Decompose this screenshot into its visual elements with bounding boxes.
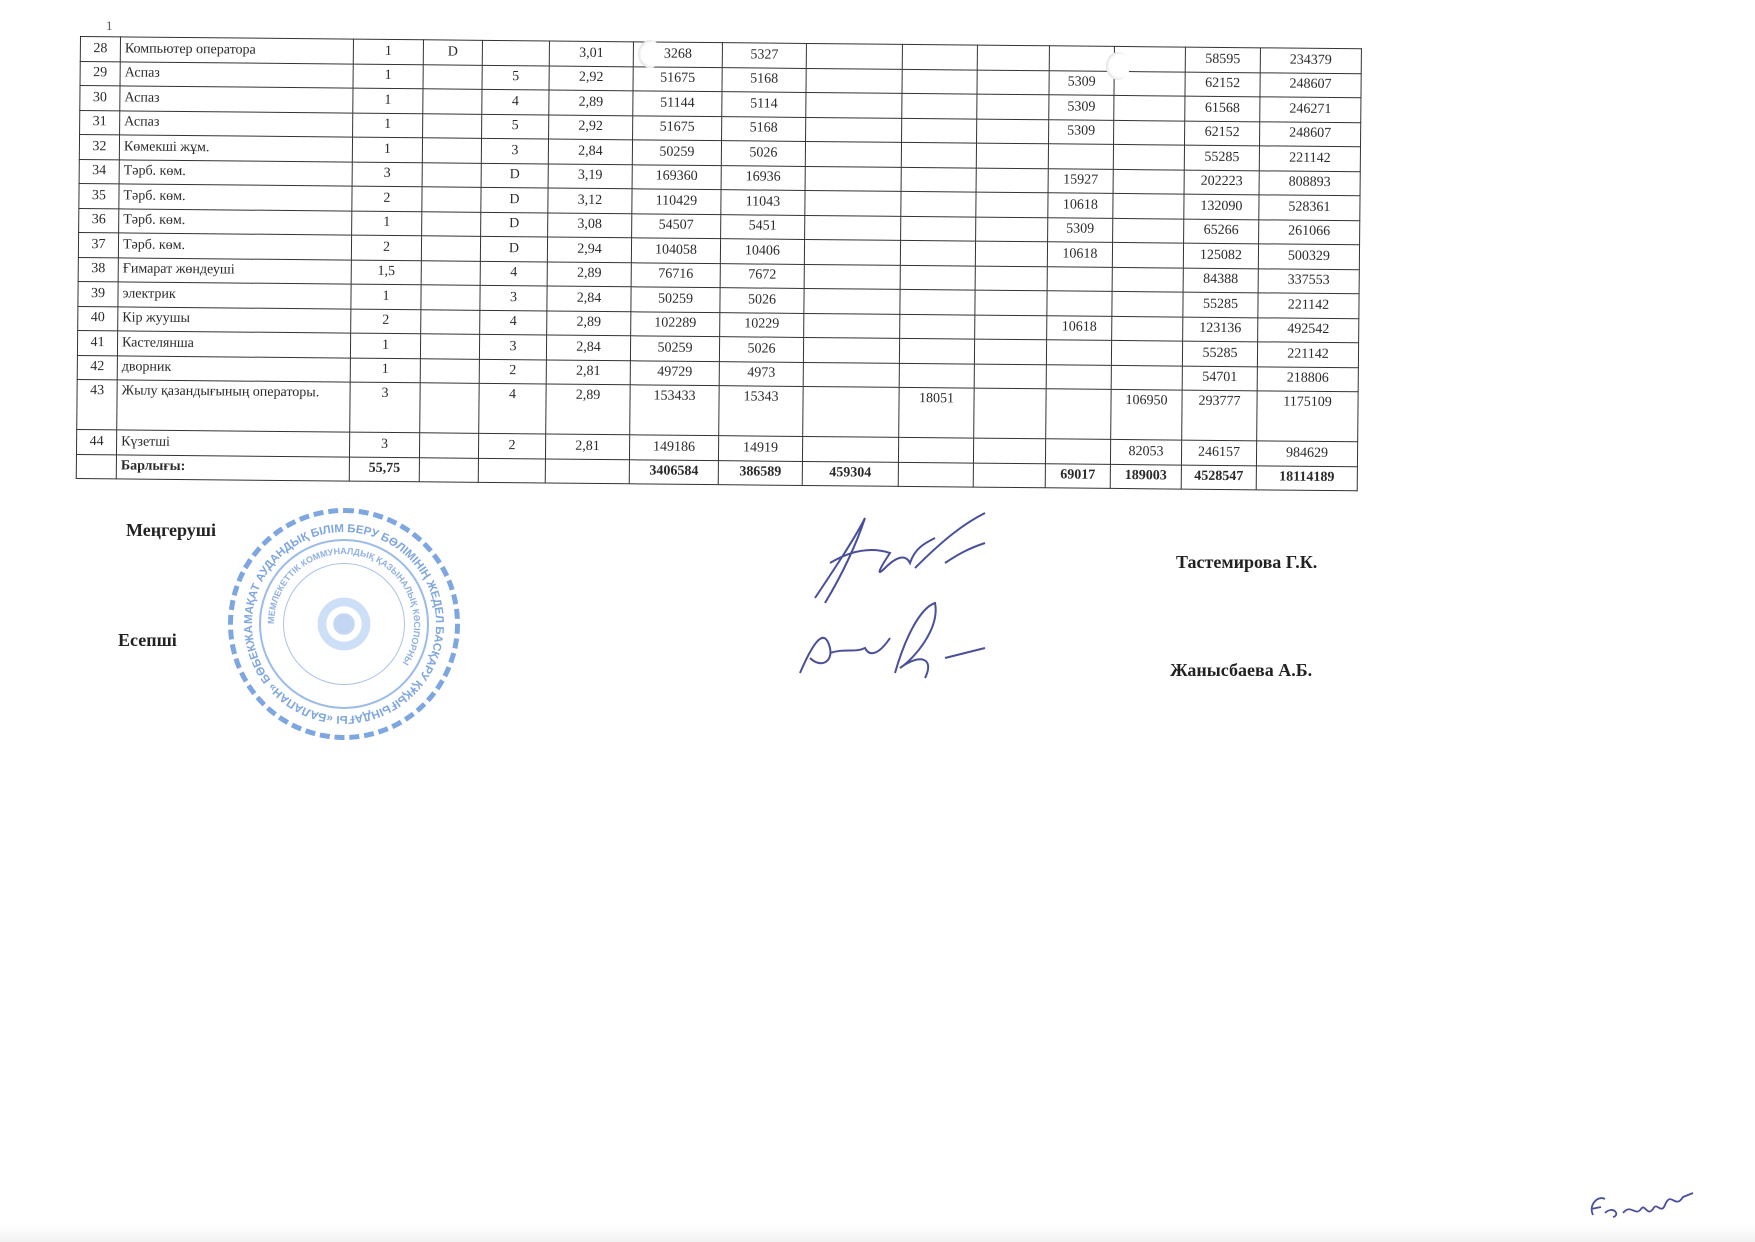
cell-d2: 15927 bbox=[1048, 168, 1113, 193]
cell-d2: 5309 bbox=[1049, 70, 1114, 95]
cell-coef: 2,84 bbox=[546, 335, 630, 360]
cell-e bbox=[1111, 365, 1182, 390]
cell-count: 1 bbox=[350, 358, 420, 383]
cell-g: 246271 bbox=[1260, 97, 1361, 122]
cell-pct: 4973 bbox=[719, 361, 803, 386]
cell-d2 bbox=[1049, 46, 1114, 71]
cell-salary: 110429 bbox=[632, 189, 721, 214]
cell-name: Аспаз bbox=[120, 110, 353, 137]
cell-d2: 5309 bbox=[1048, 217, 1113, 242]
cell-e bbox=[1112, 316, 1183, 341]
cell-d bbox=[422, 187, 481, 212]
cell-pct: 16936 bbox=[721, 165, 805, 190]
cell-f: 132090 bbox=[1184, 194, 1259, 219]
cell-e bbox=[1112, 267, 1183, 292]
cell-d bbox=[422, 211, 481, 236]
cell-no: 40 bbox=[78, 306, 118, 331]
cell-c bbox=[977, 45, 1049, 70]
cell-salary: 153433 bbox=[630, 385, 719, 436]
cell-b bbox=[898, 437, 973, 462]
cell-f: 246157 bbox=[1181, 440, 1256, 465]
cell-name: Кір жуушы bbox=[118, 306, 351, 333]
cell-c bbox=[976, 143, 1048, 168]
cell-d bbox=[423, 89, 482, 114]
cell-d2 bbox=[1048, 144, 1113, 169]
cell-cat bbox=[478, 458, 545, 483]
cell-d2 bbox=[1046, 340, 1111, 365]
cell-a bbox=[806, 68, 902, 93]
cell-c bbox=[973, 463, 1045, 488]
cell-salary: 51675 bbox=[633, 115, 722, 140]
svg-text:МЕМЛЕКЕТТІК КОММУНАЛДЫҚ ҚАЗЫНА: МЕМЛЕКЕТТІК КОММУНАЛДЫҚ ҚАЗЫНАЛЫҚ КӘСІПО… bbox=[266, 546, 422, 667]
cell-coef: 3,08 bbox=[548, 212, 632, 237]
cell-d bbox=[421, 309, 480, 334]
cell-d2: 69017 bbox=[1045, 463, 1110, 488]
cell-g: 337553 bbox=[1258, 268, 1359, 293]
cell-a bbox=[802, 436, 898, 461]
cell-count: 1 bbox=[352, 137, 422, 162]
punch-hole bbox=[638, 40, 662, 68]
cell-name: Компьютер оператора bbox=[120, 37, 353, 64]
cell-pct: 5026 bbox=[719, 337, 803, 362]
cell-pct: 5168 bbox=[722, 116, 806, 141]
cell-name: Күзетші bbox=[116, 430, 349, 457]
cell-f: 123136 bbox=[1183, 317, 1258, 342]
cell-pct: 5327 bbox=[722, 43, 806, 68]
cell-salary: 169360 bbox=[632, 164, 721, 189]
cell-c bbox=[976, 168, 1048, 193]
cell-d bbox=[421, 285, 480, 310]
cell-name: Тәрб. көм. bbox=[119, 208, 352, 235]
cell-c bbox=[977, 94, 1049, 119]
cell-a bbox=[806, 92, 902, 117]
cell-b bbox=[900, 314, 975, 339]
cell-d2: 5309 bbox=[1049, 119, 1114, 144]
cell-e: 82053 bbox=[1110, 439, 1181, 464]
cell-f: 54701 bbox=[1182, 366, 1257, 391]
cell-c bbox=[975, 290, 1047, 315]
cell-coef: 3,19 bbox=[548, 164, 632, 189]
cell-a bbox=[803, 386, 899, 437]
cell-f: 61568 bbox=[1185, 96, 1260, 121]
cell-b bbox=[898, 462, 973, 487]
punch-hole bbox=[1106, 52, 1130, 80]
cell-no: 41 bbox=[77, 330, 117, 355]
cell-g: 221142 bbox=[1257, 342, 1358, 367]
cell-count: 3 bbox=[352, 162, 422, 187]
cell-d bbox=[419, 433, 478, 458]
cell-name: Аспаз bbox=[120, 86, 353, 113]
cell-pct: 5114 bbox=[722, 92, 806, 117]
cell-d: D bbox=[423, 40, 482, 65]
cell-count: 1 bbox=[353, 88, 423, 113]
cell-name: Тәрб. көм. bbox=[119, 184, 352, 211]
cell-name: Тәрб. көм. bbox=[119, 159, 352, 186]
head-signature bbox=[795, 508, 1015, 608]
cell-no: 30 bbox=[80, 86, 120, 111]
cell-count: 1 bbox=[352, 211, 422, 236]
cell-no: 34 bbox=[79, 159, 119, 184]
cell-g: 221142 bbox=[1258, 293, 1359, 318]
cell-name: Көмекші жұм. bbox=[119, 135, 352, 162]
cell-cat bbox=[482, 40, 549, 65]
cell-e bbox=[1114, 120, 1185, 145]
cell-cat: 3 bbox=[479, 334, 546, 359]
cell-d bbox=[421, 236, 480, 261]
cell-no: 39 bbox=[78, 281, 118, 306]
cell-count: 1 bbox=[353, 64, 423, 89]
cell-g: 500329 bbox=[1258, 244, 1359, 269]
cell-d bbox=[423, 113, 482, 138]
cell-count: 3 bbox=[350, 382, 420, 433]
cell-e bbox=[1111, 340, 1182, 365]
cell-e bbox=[1114, 95, 1185, 120]
cell-count: 1,5 bbox=[351, 260, 421, 285]
cell-f: 55285 bbox=[1183, 292, 1258, 317]
cell-g: 234379 bbox=[1260, 48, 1361, 73]
cell-no bbox=[76, 454, 116, 479]
cell-d2 bbox=[1047, 266, 1112, 291]
cell-count: 1 bbox=[353, 39, 423, 64]
cell-pct: 5026 bbox=[720, 288, 804, 313]
cell-f: 55285 bbox=[1184, 145, 1259, 170]
cell-no: 43 bbox=[77, 379, 117, 429]
cell-coef: 2,89 bbox=[547, 310, 631, 335]
cell-pct: 15343 bbox=[719, 386, 803, 437]
cell-pct: 14919 bbox=[718, 436, 802, 461]
cell-b bbox=[900, 240, 975, 265]
cell-c bbox=[977, 70, 1049, 95]
cell-g: 18114189 bbox=[1256, 465, 1357, 490]
cell-e: 106950 bbox=[1111, 389, 1182, 440]
cell-no: 36 bbox=[79, 208, 119, 233]
cell-b bbox=[900, 265, 975, 290]
cell-d2 bbox=[1047, 291, 1112, 316]
cell-cat: D bbox=[481, 163, 548, 188]
cell-coef: 2,92 bbox=[549, 115, 633, 140]
cell-a bbox=[805, 190, 901, 215]
cell-d bbox=[420, 334, 479, 359]
cell-pct: 11043 bbox=[721, 190, 805, 215]
cell-g: 248607 bbox=[1260, 121, 1361, 146]
cell-f: 293777 bbox=[1182, 390, 1257, 441]
cell-pct: 5026 bbox=[721, 141, 805, 166]
cell-no: 37 bbox=[78, 232, 118, 257]
cell-count: 3 bbox=[349, 432, 419, 457]
cell-coef: 2,89 bbox=[546, 384, 630, 435]
cell-no: 35 bbox=[79, 183, 119, 208]
cell-d2 bbox=[1046, 364, 1111, 389]
cell-b bbox=[901, 191, 976, 216]
cell-d2 bbox=[1045, 439, 1110, 464]
cell-cat: 3 bbox=[481, 138, 548, 163]
cell-count: 2 bbox=[351, 235, 421, 260]
cell-count: 1 bbox=[350, 333, 420, 358]
cell-a bbox=[804, 288, 900, 313]
cell-coef: 2,89 bbox=[547, 261, 631, 286]
salary-table: 28Компьютер оператора1D3,013268532758595… bbox=[76, 36, 1446, 492]
stamp-text: МАҚАТ АУДАНДЫҚ БІЛІМ БЕРУ БӨЛІМІНІҢ ЖЕДЕ… bbox=[233, 513, 455, 735]
cell-g: 528361 bbox=[1259, 195, 1360, 220]
cell-salary: 149186 bbox=[629, 435, 718, 460]
accountant-label: Есепші bbox=[118, 630, 177, 651]
cell-g: 808893 bbox=[1259, 170, 1360, 195]
cell-coef: 2,84 bbox=[547, 286, 631, 311]
cell-g: 1175109 bbox=[1257, 391, 1358, 442]
cell-coef: 2,94 bbox=[547, 237, 631, 262]
cell-b bbox=[901, 167, 976, 192]
cell-salary: 49729 bbox=[630, 360, 719, 385]
cell-b bbox=[902, 118, 977, 143]
cell-c bbox=[975, 266, 1047, 291]
cell-c bbox=[975, 241, 1047, 266]
cell-coef: 2,81 bbox=[546, 359, 630, 384]
cell-d2: 10618 bbox=[1047, 315, 1112, 340]
cell-d bbox=[421, 260, 480, 285]
cell-cat: 4 bbox=[480, 261, 547, 286]
cell-a bbox=[806, 117, 902, 142]
cell-f: 202223 bbox=[1184, 170, 1259, 195]
cell-f: 62152 bbox=[1185, 121, 1260, 146]
cell-cat: 3 bbox=[480, 285, 547, 310]
cell-no: 29 bbox=[80, 61, 120, 86]
cell-d2: 10618 bbox=[1047, 242, 1112, 267]
cell-salary: 51144 bbox=[633, 91, 722, 116]
cell-b bbox=[902, 93, 977, 118]
cell-salary: 51675 bbox=[633, 66, 722, 91]
cell-d2 bbox=[1046, 389, 1111, 440]
cell-coef: 2,81 bbox=[545, 434, 629, 459]
cell-g: 492542 bbox=[1258, 317, 1359, 342]
accountant-name: Жанысбаева А.Б. bbox=[1170, 660, 1312, 681]
cell-c bbox=[973, 438, 1045, 463]
cell-name: Аспаз bbox=[120, 61, 353, 88]
cell-g: 248607 bbox=[1260, 72, 1361, 97]
cell-b bbox=[902, 44, 977, 69]
cell-cat: D bbox=[481, 212, 548, 237]
cell-cat: 4 bbox=[480, 310, 547, 335]
cell-b bbox=[901, 142, 976, 167]
cell-salary: 50259 bbox=[632, 140, 721, 165]
cell-salary: 50259 bbox=[630, 336, 719, 361]
cell-b bbox=[901, 216, 976, 241]
cell-g: 261066 bbox=[1259, 219, 1360, 244]
cell-a bbox=[806, 43, 902, 68]
cell-salary: 76716 bbox=[631, 262, 720, 287]
cell-coef bbox=[545, 458, 629, 483]
accountant-signature bbox=[795, 598, 1015, 688]
cell-a bbox=[804, 239, 900, 264]
cell-b: 18051 bbox=[899, 387, 974, 438]
cell-salary: 104058 bbox=[631, 238, 720, 263]
cell-e bbox=[1113, 218, 1184, 243]
cell-d bbox=[420, 358, 479, 383]
cell-f: 65266 bbox=[1184, 219, 1259, 244]
cell-e bbox=[1113, 144, 1184, 169]
cell-cat: 4 bbox=[482, 89, 549, 114]
cell-f: 55285 bbox=[1182, 341, 1257, 366]
cell-cat: D bbox=[480, 236, 547, 261]
cell-cat: 2 bbox=[479, 359, 546, 384]
cell-c bbox=[977, 119, 1049, 144]
cell-c bbox=[976, 217, 1048, 242]
cell-b bbox=[902, 69, 977, 94]
page-marker: 1 bbox=[106, 18, 113, 34]
head-name: Тастемирова Г.К. bbox=[1176, 552, 1317, 573]
cell-pct: 5451 bbox=[721, 214, 805, 239]
cell-salary: 54507 bbox=[632, 213, 721, 238]
cell-g: 218806 bbox=[1257, 366, 1358, 391]
cell-name: электрик bbox=[118, 282, 351, 309]
cell-g: 221142 bbox=[1259, 146, 1360, 171]
cell-a: 459304 bbox=[802, 461, 898, 486]
cell-f: 62152 bbox=[1185, 72, 1260, 97]
cell-d bbox=[419, 457, 478, 482]
cell-f: 58595 bbox=[1185, 47, 1260, 72]
cell-d bbox=[422, 162, 481, 187]
page-bottom-edge bbox=[0, 1224, 1755, 1242]
cell-a bbox=[805, 141, 901, 166]
cell-f: 125082 bbox=[1183, 243, 1258, 268]
cell-a bbox=[804, 313, 900, 338]
cell-salary: 50259 bbox=[631, 287, 720, 312]
cell-coef: 2,89 bbox=[549, 90, 633, 115]
cell-coef: 3,12 bbox=[548, 188, 632, 213]
cell-no: 38 bbox=[78, 257, 118, 282]
cell-a bbox=[805, 215, 901, 240]
cell-count: 55,75 bbox=[349, 457, 419, 482]
cell-a bbox=[805, 166, 901, 191]
cell-e bbox=[1112, 291, 1183, 316]
cell-count: 2 bbox=[352, 186, 422, 211]
cell-count: 1 bbox=[353, 113, 423, 138]
cell-d bbox=[420, 383, 479, 434]
salary-table-wrapper: 28Компьютер оператора1D3,013268532758595… bbox=[76, 36, 1446, 492]
cell-d2: 10618 bbox=[1048, 193, 1113, 218]
cell-cat: 5 bbox=[482, 65, 549, 90]
cell-no: 31 bbox=[80, 110, 120, 135]
cell-salary: 102289 bbox=[631, 311, 720, 336]
cell-e bbox=[1113, 193, 1184, 218]
cell-cat: D bbox=[481, 187, 548, 212]
cell-a bbox=[804, 264, 900, 289]
cell-pct: 386589 bbox=[718, 460, 802, 485]
cell-f: 84388 bbox=[1183, 268, 1258, 293]
cell-pct: 10406 bbox=[720, 239, 804, 264]
cell-count: 2 bbox=[351, 309, 421, 334]
cell-coef: 3,01 bbox=[549, 41, 633, 66]
cell-name: Барлығы: bbox=[116, 454, 349, 481]
cell-name: Ғимарат жөндеуші bbox=[118, 257, 351, 284]
cell-g: 984629 bbox=[1256, 441, 1357, 466]
cell-coef: 2,92 bbox=[549, 66, 633, 91]
cell-name: дворник bbox=[117, 355, 350, 382]
cell-d bbox=[422, 138, 481, 163]
cell-c bbox=[976, 192, 1048, 217]
cell-b bbox=[899, 338, 974, 363]
cell-a bbox=[803, 337, 899, 362]
cell-e bbox=[1112, 242, 1183, 267]
cell-cat: 5 bbox=[482, 114, 549, 139]
official-stamp: МАҚАТ АУДАНДЫҚ БІЛІМ БЕРУ БӨЛІМІНІҢ ЖЕДЕ… bbox=[228, 508, 460, 740]
cell-e: 189003 bbox=[1110, 464, 1181, 489]
cell-d2: 5309 bbox=[1049, 95, 1114, 120]
cell-c bbox=[974, 339, 1046, 364]
cell-name: Тәрб. көм. bbox=[118, 233, 351, 260]
cell-count: 1 bbox=[351, 284, 421, 309]
cell-b bbox=[899, 363, 974, 388]
cell-no: 32 bbox=[79, 135, 119, 160]
cell-pct: 5168 bbox=[722, 67, 806, 92]
cell-d bbox=[423, 64, 482, 89]
cell-cat: 4 bbox=[479, 383, 546, 434]
cell-b bbox=[900, 289, 975, 314]
cell-e bbox=[1113, 169, 1184, 194]
cell-a bbox=[803, 362, 899, 387]
cell-pct: 10229 bbox=[720, 312, 804, 337]
cell-c bbox=[974, 388, 1046, 439]
cell-cat: 2 bbox=[478, 433, 545, 458]
cell-no: 42 bbox=[77, 355, 117, 380]
cell-no: 44 bbox=[76, 429, 116, 454]
margin-signature bbox=[1583, 1185, 1703, 1225]
cell-pct: 7672 bbox=[720, 263, 804, 288]
cell-name: Кастелянша bbox=[117, 331, 350, 358]
cell-name: Жылу қазандығының операторы. bbox=[117, 380, 350, 432]
cell-c bbox=[974, 364, 1046, 389]
cell-coef: 2,84 bbox=[548, 139, 632, 164]
head-label: Меңгеруші bbox=[126, 520, 216, 541]
cell-c bbox=[975, 315, 1047, 340]
cell-salary: 3406584 bbox=[629, 459, 718, 484]
cell-no: 28 bbox=[80, 37, 120, 62]
cell-f: 4528547 bbox=[1181, 465, 1256, 490]
